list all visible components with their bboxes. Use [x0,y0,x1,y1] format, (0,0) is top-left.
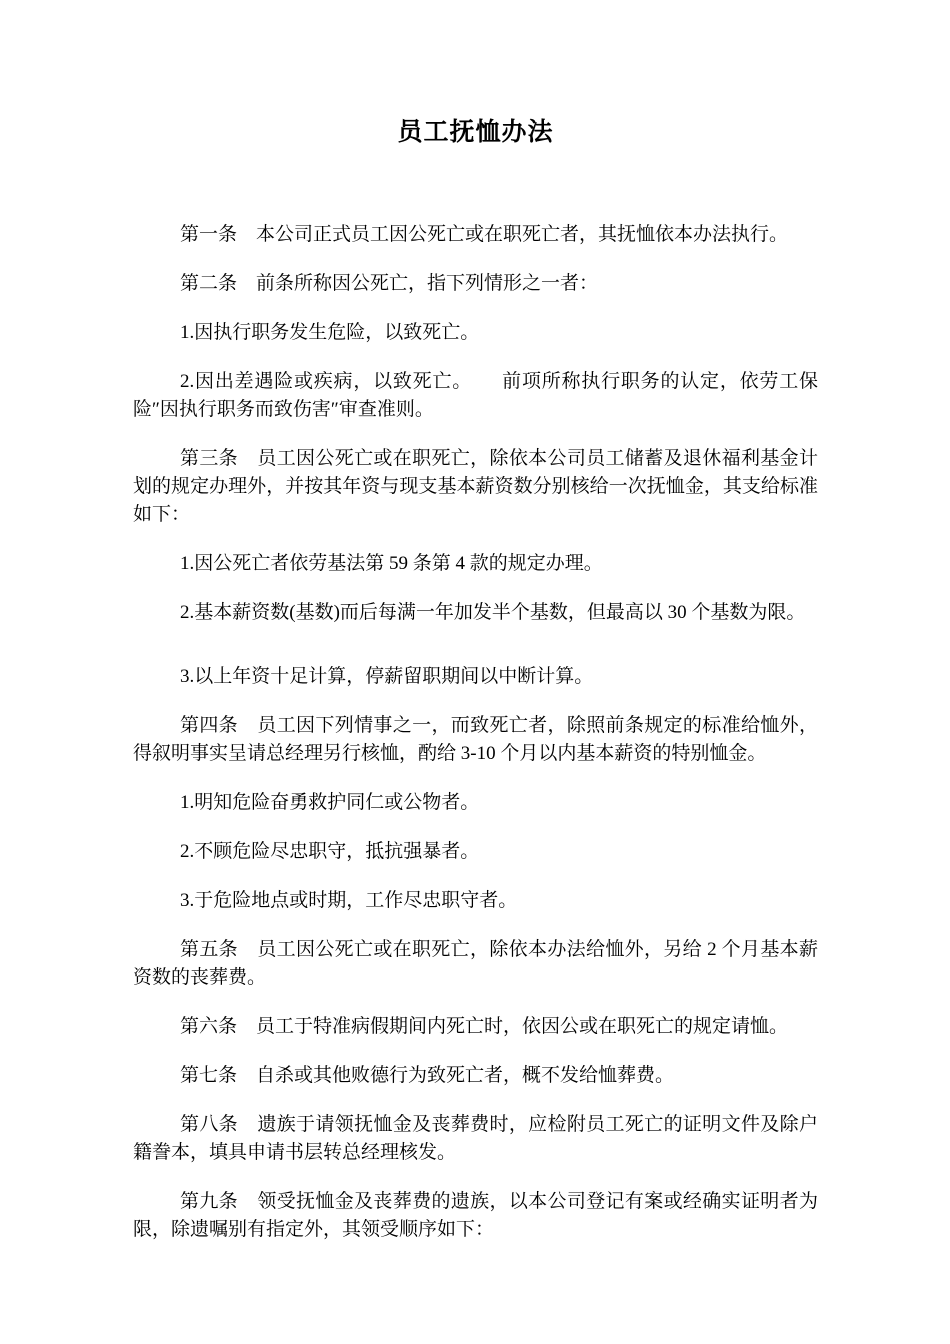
paragraph: 第七条 自杀或其他败德行为致死亡者，概不发给恤葬费。 [133,1062,818,1090]
paragraph: 2.基本薪资数(基数)而后每满一年加发半个基数，但最高以 30 个基数为限。 [133,599,818,627]
paragraph: 第六条 员工于特准病假期间内死亡时，依因公或在职死亡的规定请恤。 [133,1013,818,1041]
paragraph: 第四条 员工因下列情事之一，而致死亡者，除照前条规定的标准给恤外，得叙明事实呈请… [133,712,818,768]
paragraph: 第九条 领受抚恤金及丧葬费的遗族，以本公司登记有案或经确实证明者为限，除遗嘱别有… [133,1188,818,1244]
paragraph: 1.因公死亡者依劳基法第 59 条第 4 款的规定办理。 [133,550,818,578]
paragraph: 3.于危险地点或时期，工作尽忠职守者。 [133,887,818,915]
paragraph: 第八条 遗族于请领抚恤金及丧葬费时，应检附员工死亡的证明文件及除户籍誊本，填具申… [133,1111,818,1167]
paragraph: 2.因出差遇险或疾病，以致死亡。 前项所称执行职务的认定，依劳工保险″因执行职务… [133,368,818,424]
document-body: 第一条 本公司正式员工因公死亡或在职死亡者，其抚恤依本办法执行。第二条 前条所称… [133,221,818,1244]
paragraph: 第五条 员工因公死亡或在职死亡，除依本办法给恤外，另给 2 个月基本薪资数的丧葬… [133,936,818,992]
paragraph: 第二条 前条所称因公死亡，指下列情形之一者： [133,270,818,298]
document-page: 员工抚恤办法 第一条 本公司正式员工因公死亡或在职死亡者，其抚恤依本办法执行。第… [0,0,950,1344]
paragraph: 1.明知危险奋勇救护同仁或公物者。 [133,789,818,817]
paragraph: 第一条 本公司正式员工因公死亡或在职死亡者，其抚恤依本办法执行。 [133,221,818,249]
paragraph: 2.不顾危险尽忠职守，抵抗强暴者。 [133,838,818,866]
document-title: 员工抚恤办法 [133,116,818,149]
paragraph: 第三条 员工因公死亡或在职死亡，除依本公司员工储蓄及退休福利基金计划的规定办理外… [133,445,818,529]
paragraph: 1.因执行职务发生危险，以致死亡。 [133,319,818,347]
paragraph: 3.以上年资十足计算，停薪留职期间以中断计算。 [133,663,818,691]
